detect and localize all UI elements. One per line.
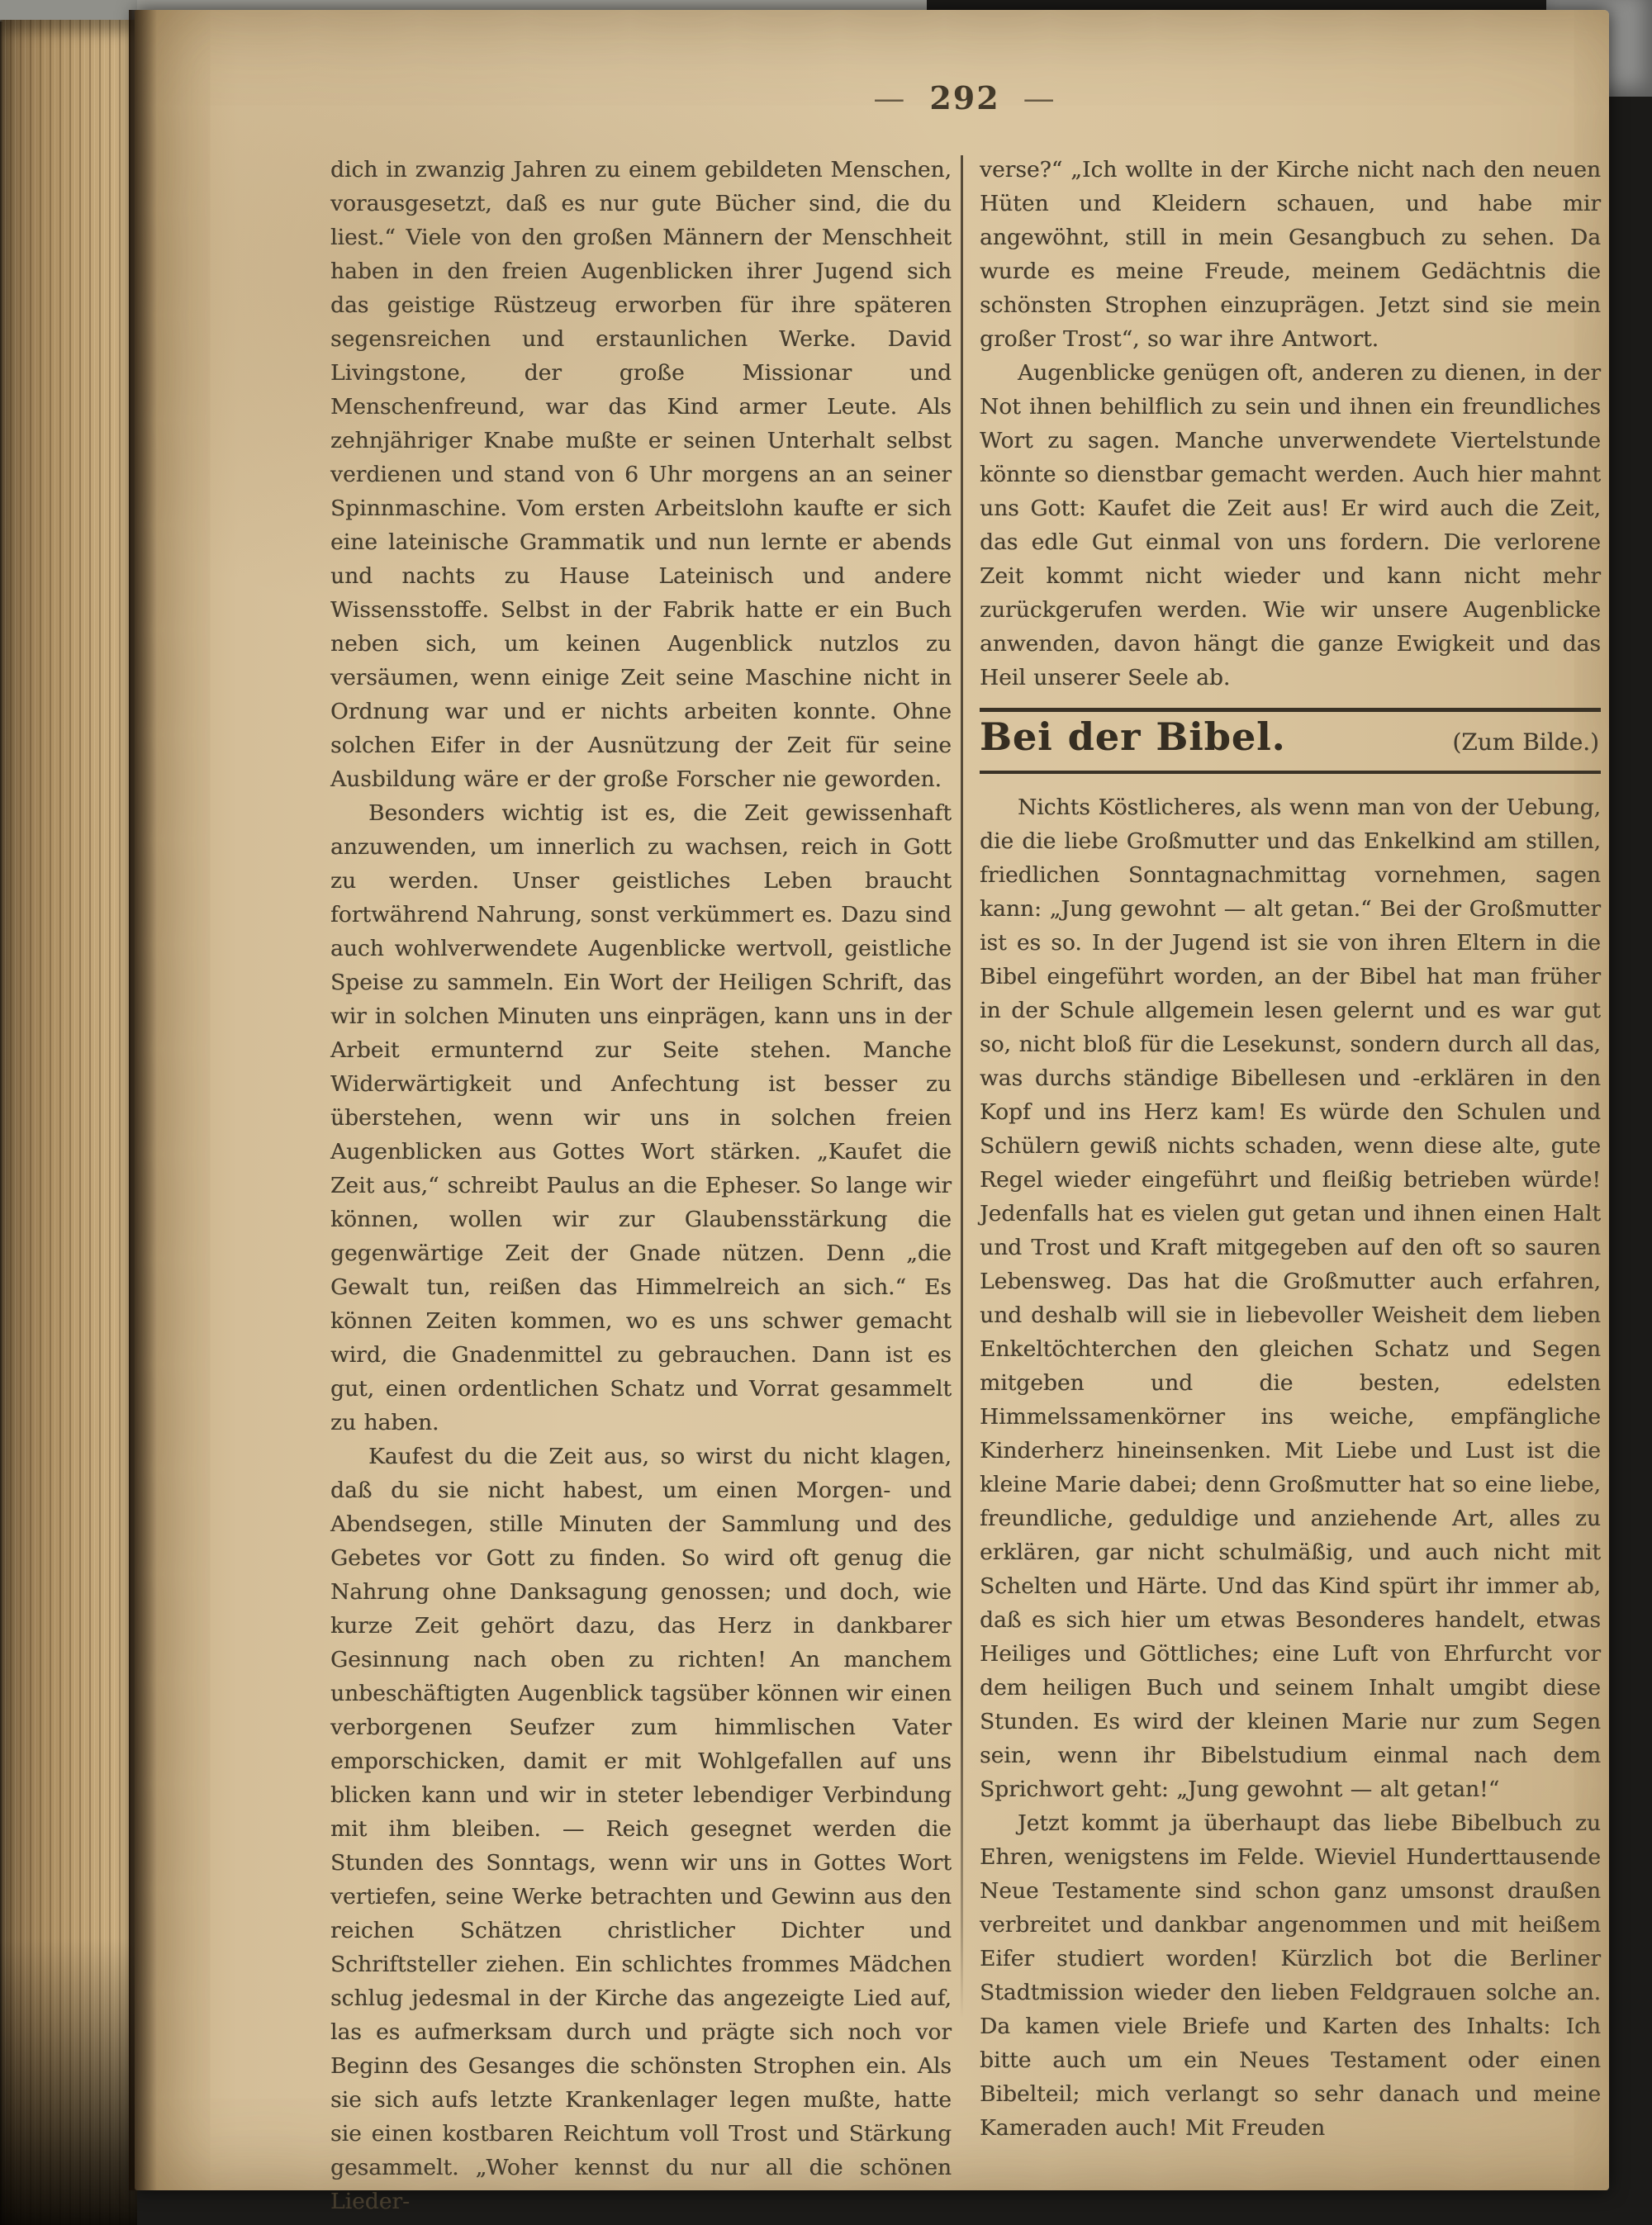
- book-fore-edge: [0, 20, 137, 2225]
- paragraph: Jetzt kommt ja überhaupt das liebe Bibel…: [980, 1806, 1601, 2145]
- section-subtitle: (Zum Bilde.): [1452, 725, 1599, 759]
- scanner-background-top-left: [0, 0, 137, 21]
- paragraph: Nichts Köstlicheres, als wenn man von de…: [980, 790, 1601, 1806]
- section-title: Bei der Bibel.: [980, 720, 1286, 754]
- paragraph: Augenblicke genügen oft, anderen zu dien…: [980, 356, 1601, 695]
- column-divider-rule: [961, 155, 963, 2018]
- left-column: dich in zwanzig Jahren zu einem gebildet…: [330, 153, 952, 2218]
- paragraph: Kaufest du die Zeit aus, so wirst du nic…: [330, 1440, 952, 2218]
- folio-dash-left: —: [873, 80, 906, 116]
- paragraph: dich in zwanzig Jahren zu einem gebildet…: [330, 153, 952, 796]
- paragraph: verse?“ „Ich wollte in der Kirche nicht …: [980, 153, 1601, 356]
- folio-number: 292: [929, 79, 999, 116]
- scanned-book-page: { "colors": { "paper": "#dcc8a4", "ink":…: [0, 0, 1652, 2225]
- page-number: —292—: [330, 79, 1599, 116]
- folio-dash-right: —: [1023, 80, 1056, 116]
- right-column: verse?“ „Ich wollte in der Kirche nicht …: [980, 153, 1601, 2145]
- section-heading: Bei der Bibel. (Zum Bilde.): [980, 708, 1601, 774]
- paragraph: Besonders wichtig ist es, die Zeit gewis…: [330, 796, 952, 1440]
